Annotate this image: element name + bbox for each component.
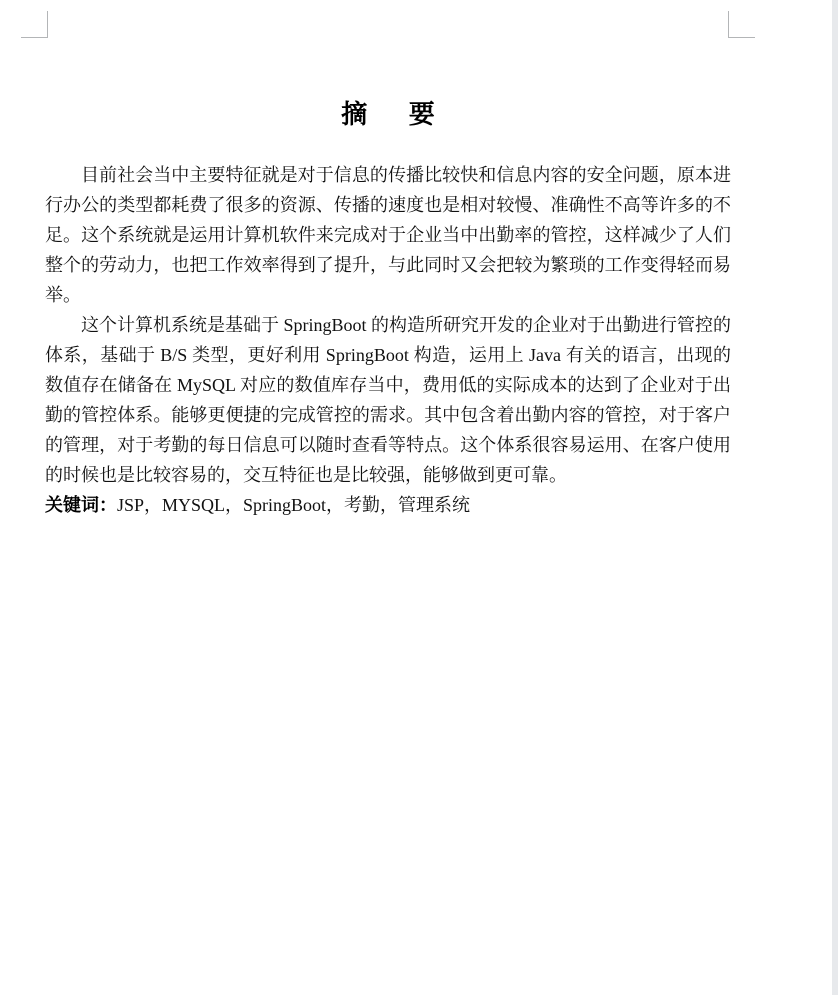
keywords-line: 关键词：JSP，MYSQL，SpringBoot，考勤，管理系统 [45, 490, 731, 520]
document-text-area[interactable]: 摘 要 目前社会当中主要特征就是对于信息的传播比较快和信息内容的安全问题，原本进… [45, 0, 731, 520]
abstract-title: 摘 要 [45, 98, 731, 132]
crop-mark-top-right-horizontal [728, 37, 755, 38]
keywords-label: 关键词： [45, 495, 117, 515]
window-edge-gutter [832, 0, 838, 995]
abstract-paragraph-2: 这个计算机系统是基础于 SpringBoot 的构造所研究开发的企业对于出勤进行… [45, 310, 731, 490]
crop-mark-top-left-horizontal [21, 37, 48, 38]
abstract-paragraph-1: 目前社会当中主要特征就是对于信息的传播比较快和信息内容的安全问题，原本进行办公的… [45, 160, 731, 310]
document-page: 摘 要 目前社会当中主要特征就是对于信息的传播比较快和信息内容的安全问题，原本进… [0, 0, 838, 995]
keywords-value: JSP，MYSQL，SpringBoot，考勤，管理系统 [117, 495, 470, 515]
